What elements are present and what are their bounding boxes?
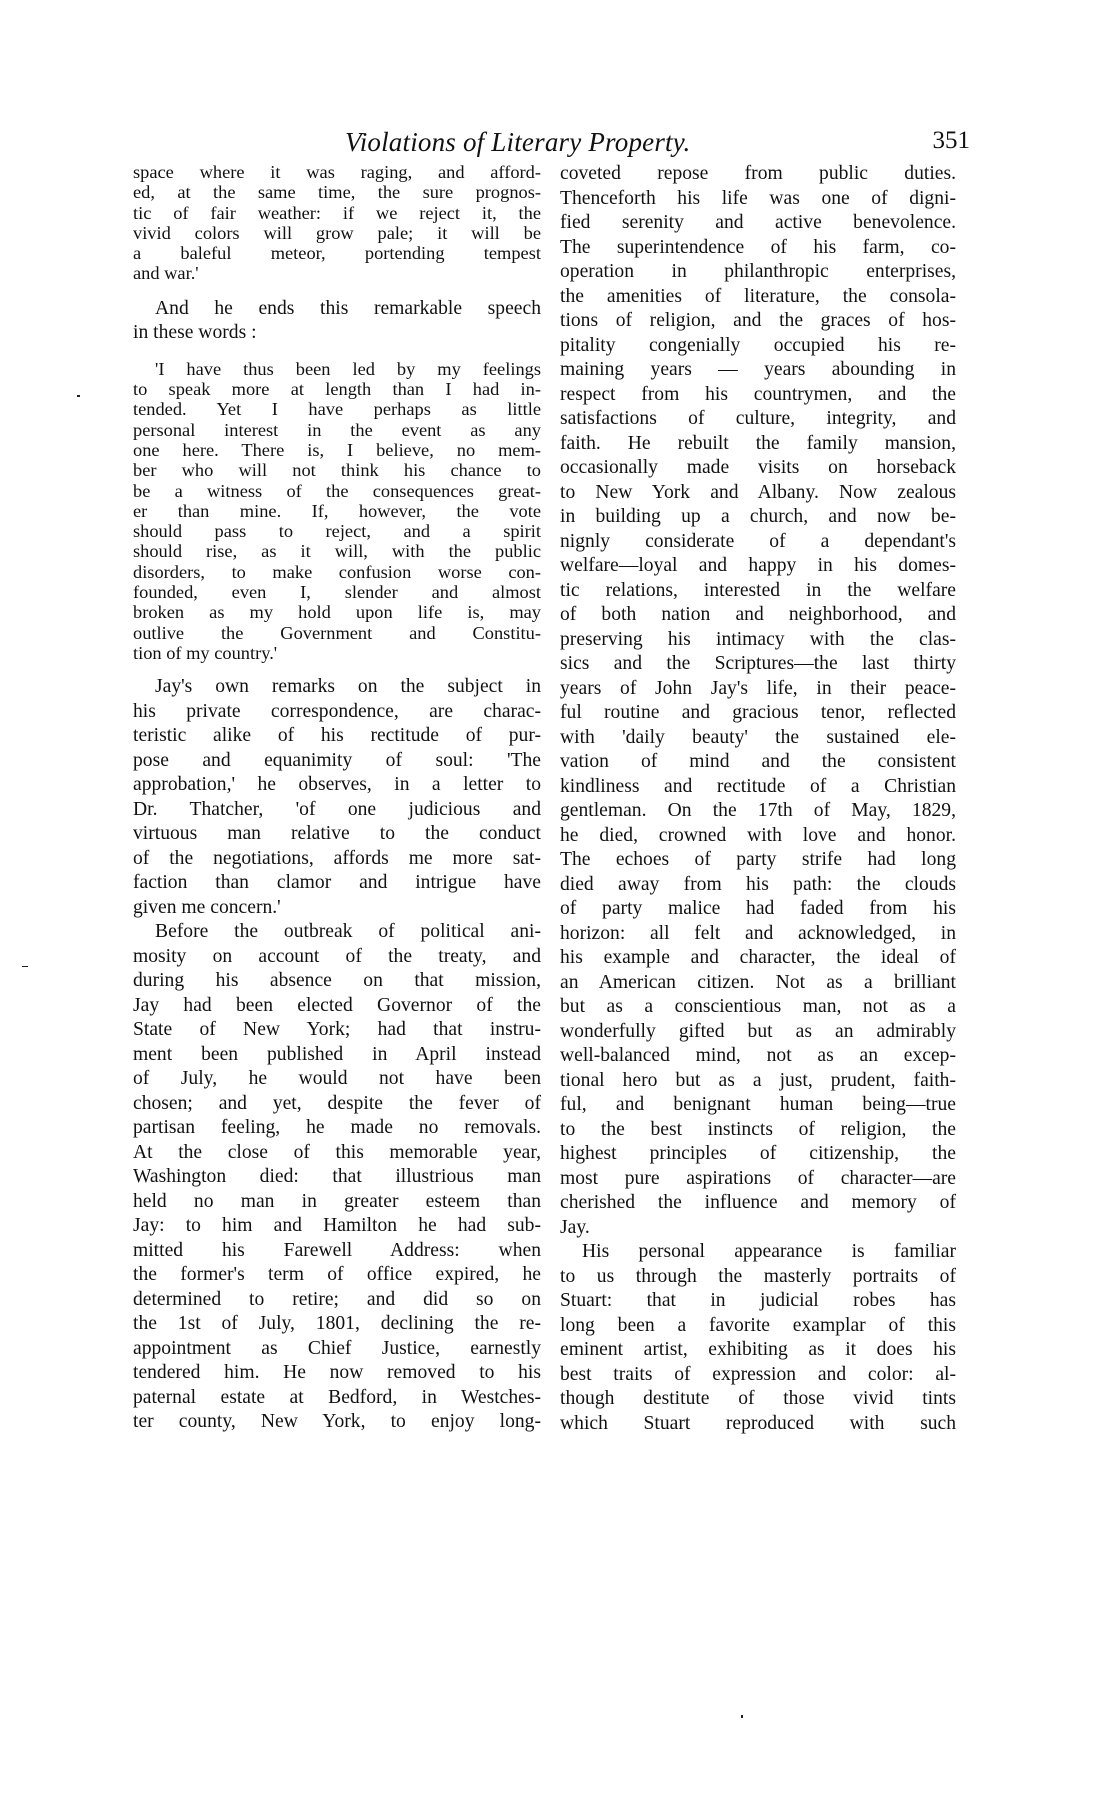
text-line: fied serenity and active benevolence. [560,211,956,236]
text-line: with 'daily beauty' the sustained ele- [560,726,956,751]
text-line: tic of fair weather: if we reject it, th… [133,203,541,223]
paragraph-gap [133,346,541,359]
paragraph-jay-remarks: Jay's own remarks on the subject inhis p… [133,675,541,920]
text-line: though destitute of those vivid tints [560,1387,956,1412]
text-line: the amenities of literature, the consola… [560,285,956,310]
text-line: held no man in greater esteem than [133,1190,541,1215]
text-line: At the close of this memorable year, [133,1141,541,1166]
text-line: tendered him. He now removed to his [133,1361,541,1386]
text-line: satisfactions of culture, integrity, and [560,407,956,432]
text-line: And he ends this remarkable speech [133,297,541,322]
text-line: paternal estate at Bedford, in Westches- [133,1386,541,1411]
text-line: preserving his intimacy with the clas- [560,628,956,653]
text-line: tion of my country.' [133,643,541,663]
text-line: given me concern.' [133,896,541,921]
text-line: kindliness and rectitude of a Christian [560,775,956,800]
text-line: highest principles of citizenship, the [560,1142,956,1167]
text-line: 'I have thus been led by my feelings [133,359,541,379]
text-line: chosen; and yet, despite the fever of [133,1092,541,1117]
text-line: maining years — years abounding in [560,358,956,383]
text-line: an American citizen. Not as a brilliant [560,971,956,996]
text-line: ber who will not think his chance to [133,460,541,480]
text-line: ment been published in April instead [133,1043,541,1068]
text-line: Stuart: that in judicial robes has [560,1289,956,1314]
text-line: to us through the masterly portraits of [560,1265,956,1290]
text-line: ful, and benignant human being—true [560,1093,956,1118]
text-line: Jay had been elected Governor of the [133,994,541,1019]
text-line: tended. Yet I have perhaps as little [133,399,541,419]
text-line: virtuous man relative to the conduct [133,822,541,847]
text-line: eminent artist, exhibiting as it does hi… [560,1338,956,1363]
scan-speck [22,966,28,967]
text-line: most pure aspirations of character—are [560,1167,956,1192]
text-line: tional hero but as a just, prudent, fait… [560,1069,956,1094]
text-line: Before the outbreak of political ani- [133,920,541,945]
text-line: The echoes of party strife had long [560,848,956,873]
text-line: should pass to reject, and a spirit [133,521,541,541]
text-line: outlive the Government and Constitu- [133,623,541,643]
text-line: sics and the Scriptures—the last thirty [560,652,956,677]
text-line: to New York and Albany. Now zealous [560,481,956,506]
text-line: coveted repose from public duties. [560,162,956,187]
text-line: broken as my hold upon life is, may [133,602,541,622]
text-line: Jay: to him and Hamilton he had sub- [133,1214,541,1239]
text-line: nignly considerate of a dependant's [560,530,956,555]
text-line: founded, even I, slender and almost [133,582,541,602]
right-column: coveted repose from public duties.Thence… [560,162,956,1436]
text-line: Jay. [560,1216,956,1241]
text-line: mitted his Farewell Address: when [133,1239,541,1264]
text-line: respect from his countrymen, and the [560,383,956,408]
text-line: pitality congenially occupied his re- [560,334,956,359]
text-line: during his absence on that mission, [133,969,541,994]
text-line: the 1st of July, 1801, declining the re- [133,1312,541,1337]
text-line: ter county, New York, to enjoy long- [133,1410,541,1435]
text-line: Washington died: that illustrious man [133,1165,541,1190]
text-line: occasionally made visits on horseback [560,456,956,481]
text-line: Dr. Thatcher, 'of one judicious and [133,798,541,823]
text-line: tions of religion, and the graces of hos… [560,309,956,334]
text-line: in these words : [133,321,541,346]
text-line: died away from his path: the clouds [560,873,956,898]
text-line: tic relations, interested in the welfare [560,579,956,604]
text-line: the former's term of office expired, he [133,1263,541,1288]
text-line: operation in philanthropic enterprises, [560,260,956,285]
page-number: 351 [933,127,971,155]
scan-speck [77,395,80,397]
text-line: in building up a church, and now be- [560,505,956,530]
text-line: of July, he would not have been [133,1067,541,1092]
text-line: His personal appearance is familiar [560,1240,956,1265]
paragraph-before-outbreak: Before the outbreak of political ani-mos… [133,920,541,1435]
running-title: Violations of Literary Property. [345,127,690,158]
text-line: to speak more at length than I had in- [133,379,541,399]
text-line: to the best instincts of religion, the [560,1118,956,1143]
text-line: Jay's own remarks on the subject in [133,675,541,700]
text-line: one here. There is, I believe, no mem- [133,440,541,460]
text-line: his example and character, the ideal of [560,946,956,971]
paragraph-intro: And he ends this remarkable speechin the… [133,297,541,346]
text-line: approbation,' he observes, in a letter t… [133,773,541,798]
text-line: should rise, as it will, with the public [133,541,541,561]
text-line: a baleful meteor, portending tempest [133,243,541,263]
text-line: of party malice had faded from his [560,897,956,922]
text-line: of the negotiations, affords me more sat… [133,847,541,872]
text-line: his private correspondence, are charac- [133,700,541,725]
text-line: disorders, to make confusion worse con- [133,562,541,582]
text-line: faction than clamor and intrigue have [133,871,541,896]
text-line: well-balanced mind, not as an excep- [560,1044,956,1069]
text-line: partisan feeling, he made no removals. [133,1116,541,1141]
text-line: faith. He rebuilt the family mansion, [560,432,956,457]
paragraph-appearance: His personal appearance is familiarto us… [560,1240,956,1436]
text-line: best traits of expression and color: al- [560,1363,956,1388]
paragraph-gap [133,663,541,675]
text-line: determined to retire; and did so on [133,1288,541,1313]
paragraph-speech-quote: 'I have thus been led by my feelingsto s… [133,359,541,663]
text-line: State of New York; had that instru- [133,1018,541,1043]
text-line: pose and equanimity of soul: 'The [133,749,541,774]
paragraph-continued: coveted repose from public duties.Thence… [560,162,956,1240]
text-line: personal interest in the event as any [133,420,541,440]
text-line: he died, crowned with love and honor. [560,824,956,849]
text-line: appointment as Chief Justice, earnestly [133,1337,541,1362]
text-line: but as a conscientious man, not as a [560,995,956,1020]
text-line: Thenceforth his life was one of digni- [560,187,956,212]
text-line: vation of mind and the consistent [560,750,956,775]
text-line: be a witness of the consequences great- [133,481,541,501]
text-line: mosity on account of the treaty, and [133,945,541,970]
text-line: teristic alike of his rectitude of pur- [133,724,541,749]
scan-speck [741,1715,743,1718]
text-line: gentleman. On the 17th of May, 1829, [560,799,956,824]
paragraph-quote-end: space where it was raging, and afford-ed… [133,162,541,284]
text-line: horizon: all felt and acknowledged, in [560,922,956,947]
text-line: space where it was raging, and afford- [133,162,541,182]
paragraph-gap [133,284,541,297]
text-line: The superintendence of his farm, co- [560,236,956,261]
text-line: welfare—loyal and happy in his domes- [560,554,956,579]
text-line: years of John Jay's life, in their peace… [560,677,956,702]
text-line: long been a favorite examplar of this [560,1314,956,1339]
text-line: vivid colors will grow pale; it will be [133,223,541,243]
left-column: space where it was raging, and afford-ed… [133,162,541,1435]
running-head: Violations of Literary Property. 351 [345,127,970,163]
text-line: of both nation and neighborhood, and [560,603,956,628]
text-line: wonderfully gifted but as an admirably [560,1020,956,1045]
text-line: ful routine and gracious tenor, reflecte… [560,701,956,726]
text-line: ed, at the same time, the sure prognos- [133,182,541,202]
text-line: cherished the influence and memory of [560,1191,956,1216]
text-line: which Stuart reproduced with such [560,1412,956,1437]
text-line: and war.' [133,263,541,283]
text-line: er than mine. If, however, the vote [133,501,541,521]
